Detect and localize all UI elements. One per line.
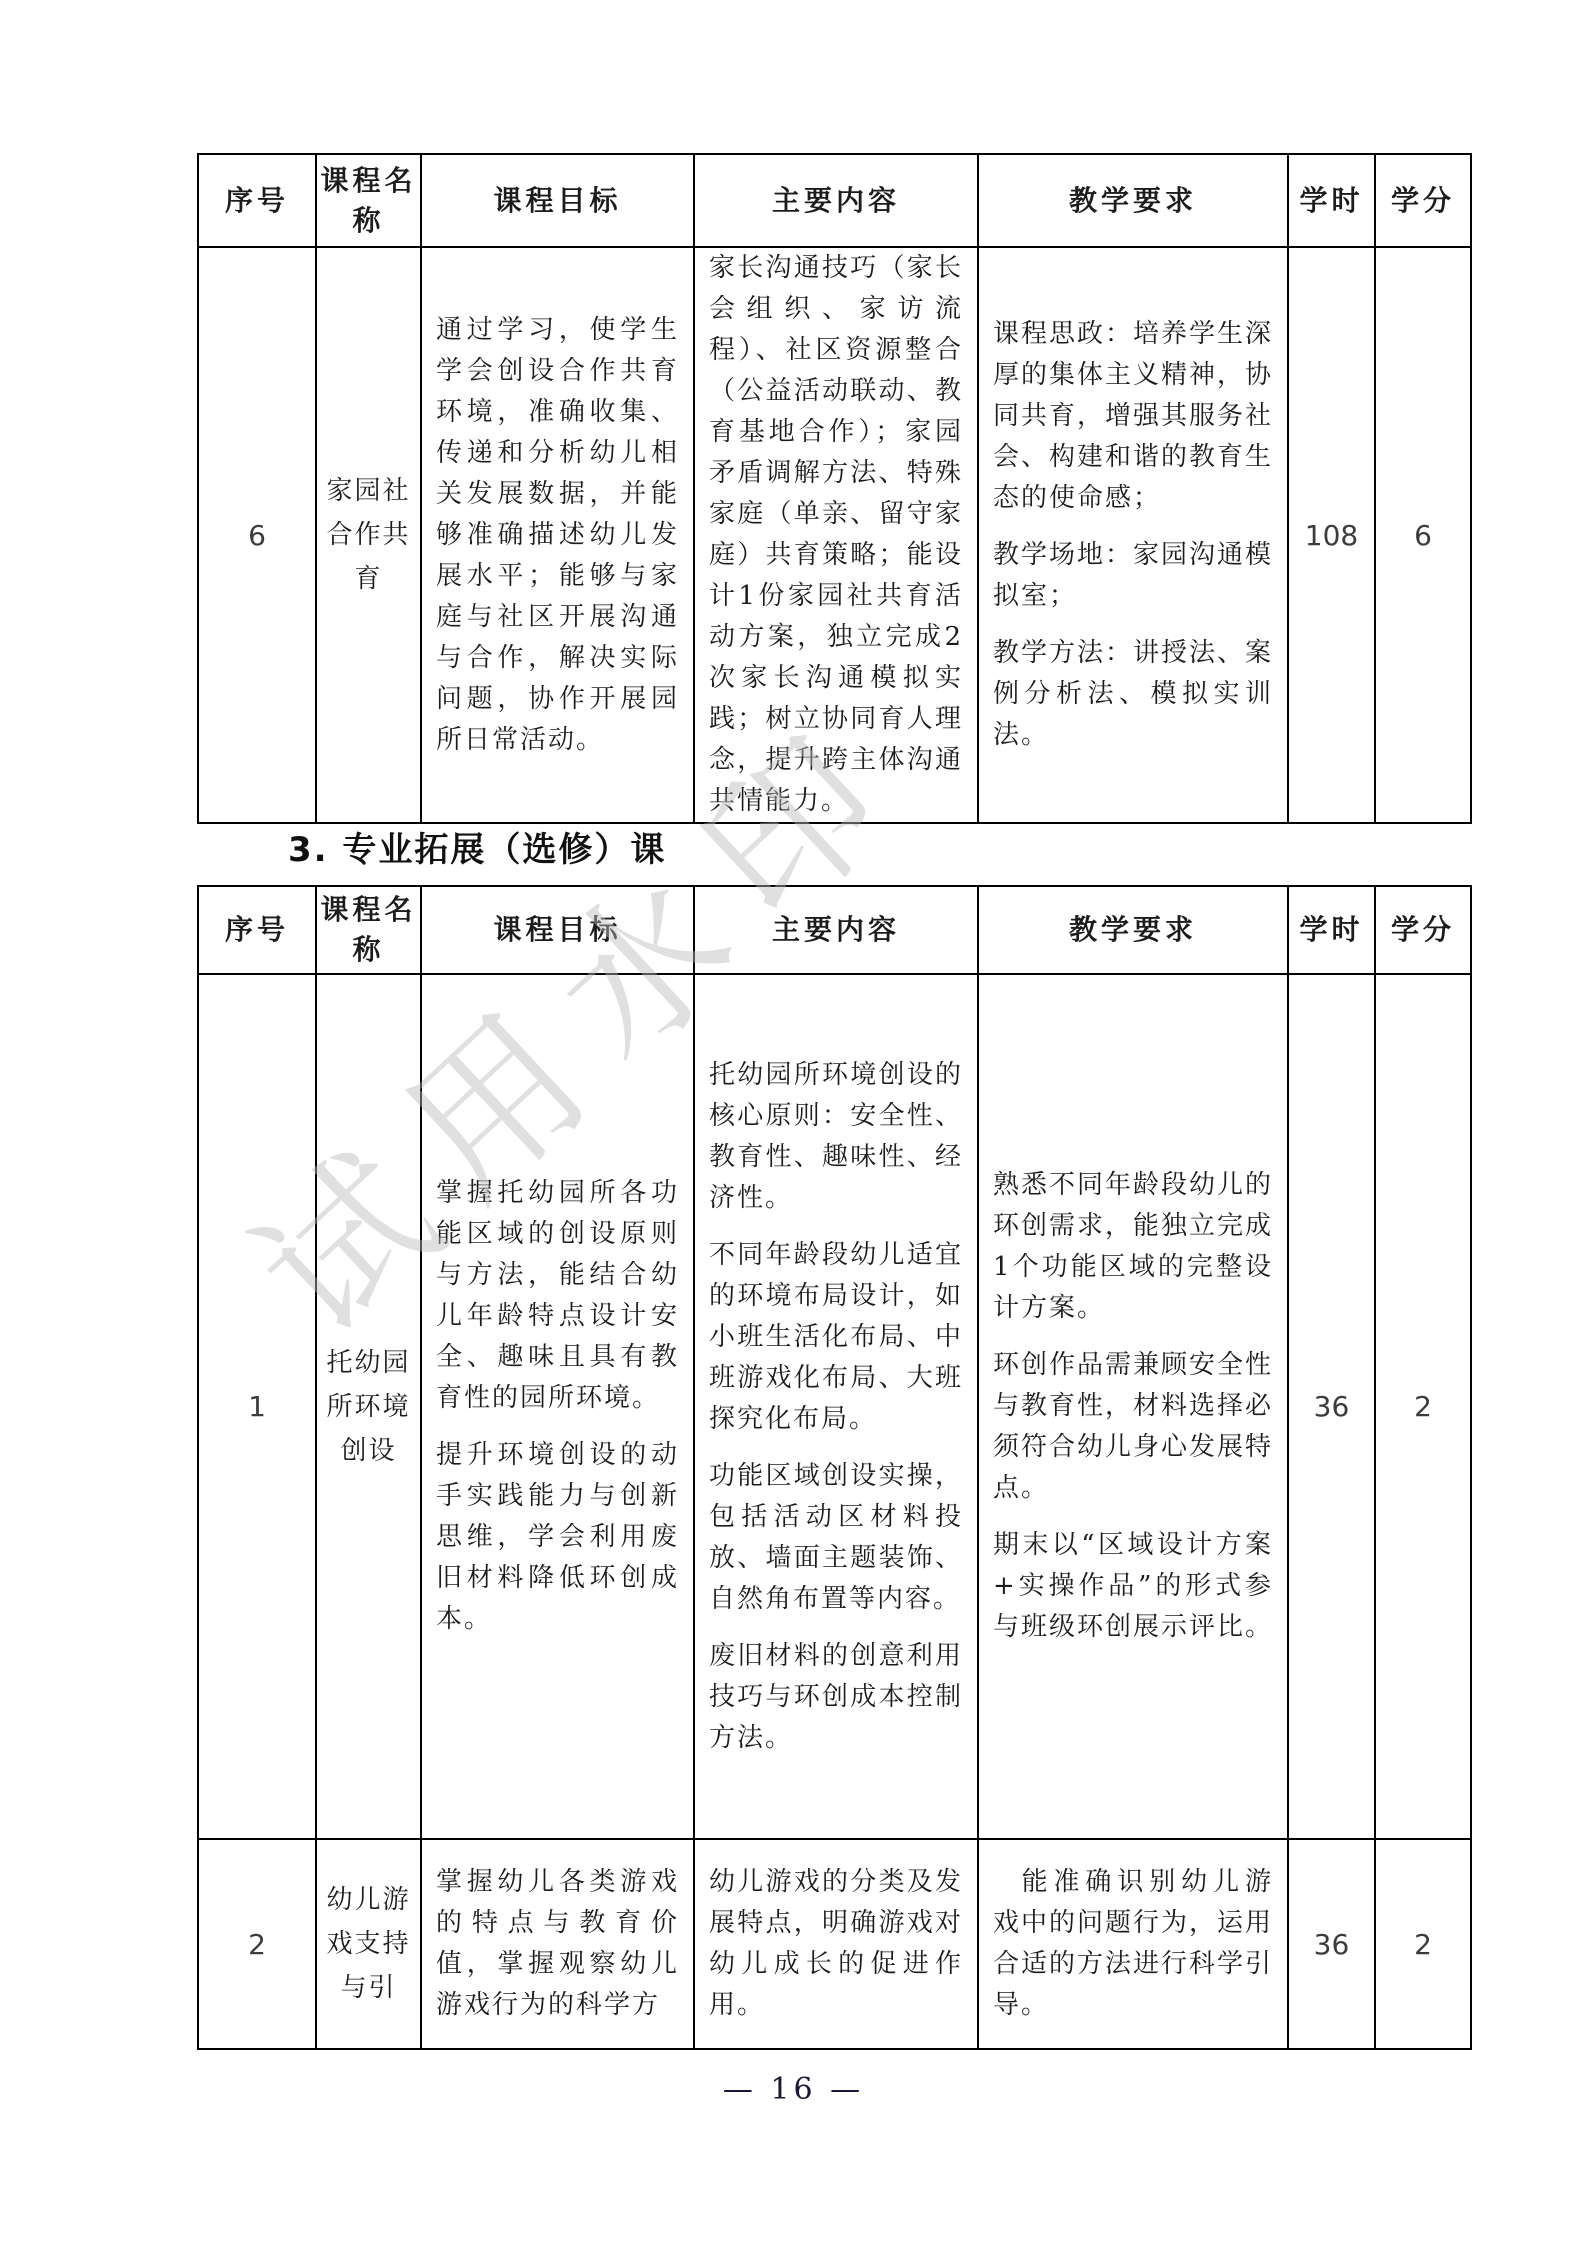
objectives-text: 掌握托幼园所各功能区域的创设原则与方法，能结合幼儿年龄特点设计安全、趣味且具有教… [422, 1173, 693, 1640]
cell-content: 幼儿游戏的分类及发展特点，明确游戏对幼儿成长的促进作用。 [694, 1839, 978, 2049]
header-hours: 学时 [1288, 886, 1375, 974]
header-requirements: 教学要求 [978, 886, 1288, 974]
cell-objectives: 掌握幼儿各类游戏的特点与教育价值，掌握观察幼儿游戏行为的科学方 [421, 1839, 694, 2049]
cell-credits: 2 [1375, 974, 1471, 1839]
table-row: 1 托幼园所环境创设 掌握托幼园所各功能区域的创设原则与方法，能结合幼儿年龄特点… [198, 974, 1471, 1839]
cell-content: 托幼园所环境创设的核心原则：安全性、教育性、趣味性、经济性。不同年龄段幼儿适宜的… [694, 974, 978, 1839]
header-requirements: 教学要求 [978, 154, 1288, 247]
requirements-text: 课程思政：培养学生深厚的集体主义精神，协同共育，增强其服务社会、构建和谐的教育生… [979, 314, 1287, 756]
requirements-text: 熟悉不同年龄段幼儿的环创需求，能独立完成1个功能区域的完整设计方案。环创作品需兼… [979, 1165, 1287, 1648]
header-content: 主要内容 [694, 154, 978, 247]
header-content: 主要内容 [694, 886, 978, 974]
cell-course-name: 幼儿游戏支持与引 [316, 1839, 421, 2049]
table-row: 6 家园社合作共育 通过学习，使学生学会创设合作共育环境，准确收集、传递和分析幼… [198, 247, 1471, 823]
header-course-name: 课程名称 [316, 886, 421, 974]
objectives-text: 通过学习，使学生学会创设合作共育环境，准确收集、传递和分析幼儿相关发展数据，并能… [422, 310, 693, 761]
content-text: 托幼园所环境创设的核心原则：安全性、教育性、趣味性、经济性。不同年龄段幼儿适宜的… [695, 1055, 977, 1759]
requirements-text: 能准确识别幼儿游戏中的问题行为，运用合适的方法进行科学引导。 [979, 1862, 1287, 2026]
cell-requirements: 能准确识别幼儿游戏中的问题行为，运用合适的方法进行科学引导。 [978, 1839, 1288, 2049]
header-course-name: 课程名称 [316, 154, 421, 247]
cell-course-no: 1 [198, 974, 316, 1839]
cell-requirements: 课程思政：培养学生深厚的集体主义精神，协同共育，增强其服务社会、构建和谐的教育生… [978, 247, 1288, 823]
cell-credits: 6 [1375, 247, 1471, 823]
cell-course-no: 2 [198, 1839, 316, 2049]
cell-course-name: 托幼园所环境创设 [316, 974, 421, 1839]
objectives-text: 掌握幼儿各类游戏的特点与教育价值，掌握观察幼儿游戏行为的科学方 [422, 1862, 693, 2026]
header-credits: 学分 [1375, 886, 1471, 974]
cell-hours: 108 [1288, 247, 1375, 823]
table-header-row: 序号 课程名称 课程目标 主要内容 教学要求 学时 学分 [198, 154, 1471, 247]
cell-objectives: 掌握托幼园所各功能区域的创设原则与方法，能结合幼儿年龄特点设计安全、趣味且具有教… [421, 974, 694, 1839]
content-text: 幼儿游戏的分类及发展特点，明确游戏对幼儿成长的促进作用。 [695, 1862, 977, 2026]
header-hours: 学时 [1288, 154, 1375, 247]
cell-content: 家长沟通技巧（家长会组织、家访流程）、社区资源整合（公益活动联动、教育基地合作）… [694, 247, 978, 823]
table-header-row: 序号 课程名称 课程目标 主要内容 教学要求 学时 学分 [198, 886, 1471, 974]
header-course-no: 序号 [198, 886, 316, 974]
section-heading: 3. 专业拓展（选修）课 [288, 822, 666, 871]
cell-hours: 36 [1288, 1839, 1375, 2049]
cell-requirements: 熟悉不同年龄段幼儿的环创需求，能独立完成1个功能区域的完整设计方案。环创作品需兼… [978, 974, 1288, 1839]
cell-objectives: 通过学习，使学生学会创设合作共育环境，准确收集、传递和分析幼儿相关发展数据，并能… [421, 247, 694, 823]
header-objectives: 课程目标 [421, 886, 694, 974]
header-course-no: 序号 [198, 154, 316, 247]
page-number: — 16 — [0, 2072, 1587, 2107]
table-row: 2 幼儿游戏支持与引 掌握幼儿各类游戏的特点与教育价值，掌握观察幼儿游戏行为的科… [198, 1839, 1471, 2049]
cell-credits: 2 [1375, 1839, 1471, 2049]
cell-hours: 36 [1288, 974, 1375, 1839]
cell-course-no: 6 [198, 247, 316, 823]
document-page: 序号 课程名称 课程目标 主要内容 教学要求 学时 学分 6 家园社合作共育 通… [0, 0, 1587, 2245]
course-table-electives: 序号 课程名称 课程目标 主要内容 教学要求 学时 学分 1 托幼园所环境创设 … [197, 885, 1472, 2050]
cell-course-name: 家园社合作共育 [316, 247, 421, 823]
content-text: 家长沟通技巧（家长会组织、家访流程）、社区资源整合（公益活动联动、教育基地合作）… [695, 248, 977, 822]
header-objectives: 课程目标 [421, 154, 694, 247]
header-credits: 学分 [1375, 154, 1471, 247]
course-table-continued: 序号 课程名称 课程目标 主要内容 教学要求 学时 学分 6 家园社合作共育 通… [197, 153, 1472, 824]
